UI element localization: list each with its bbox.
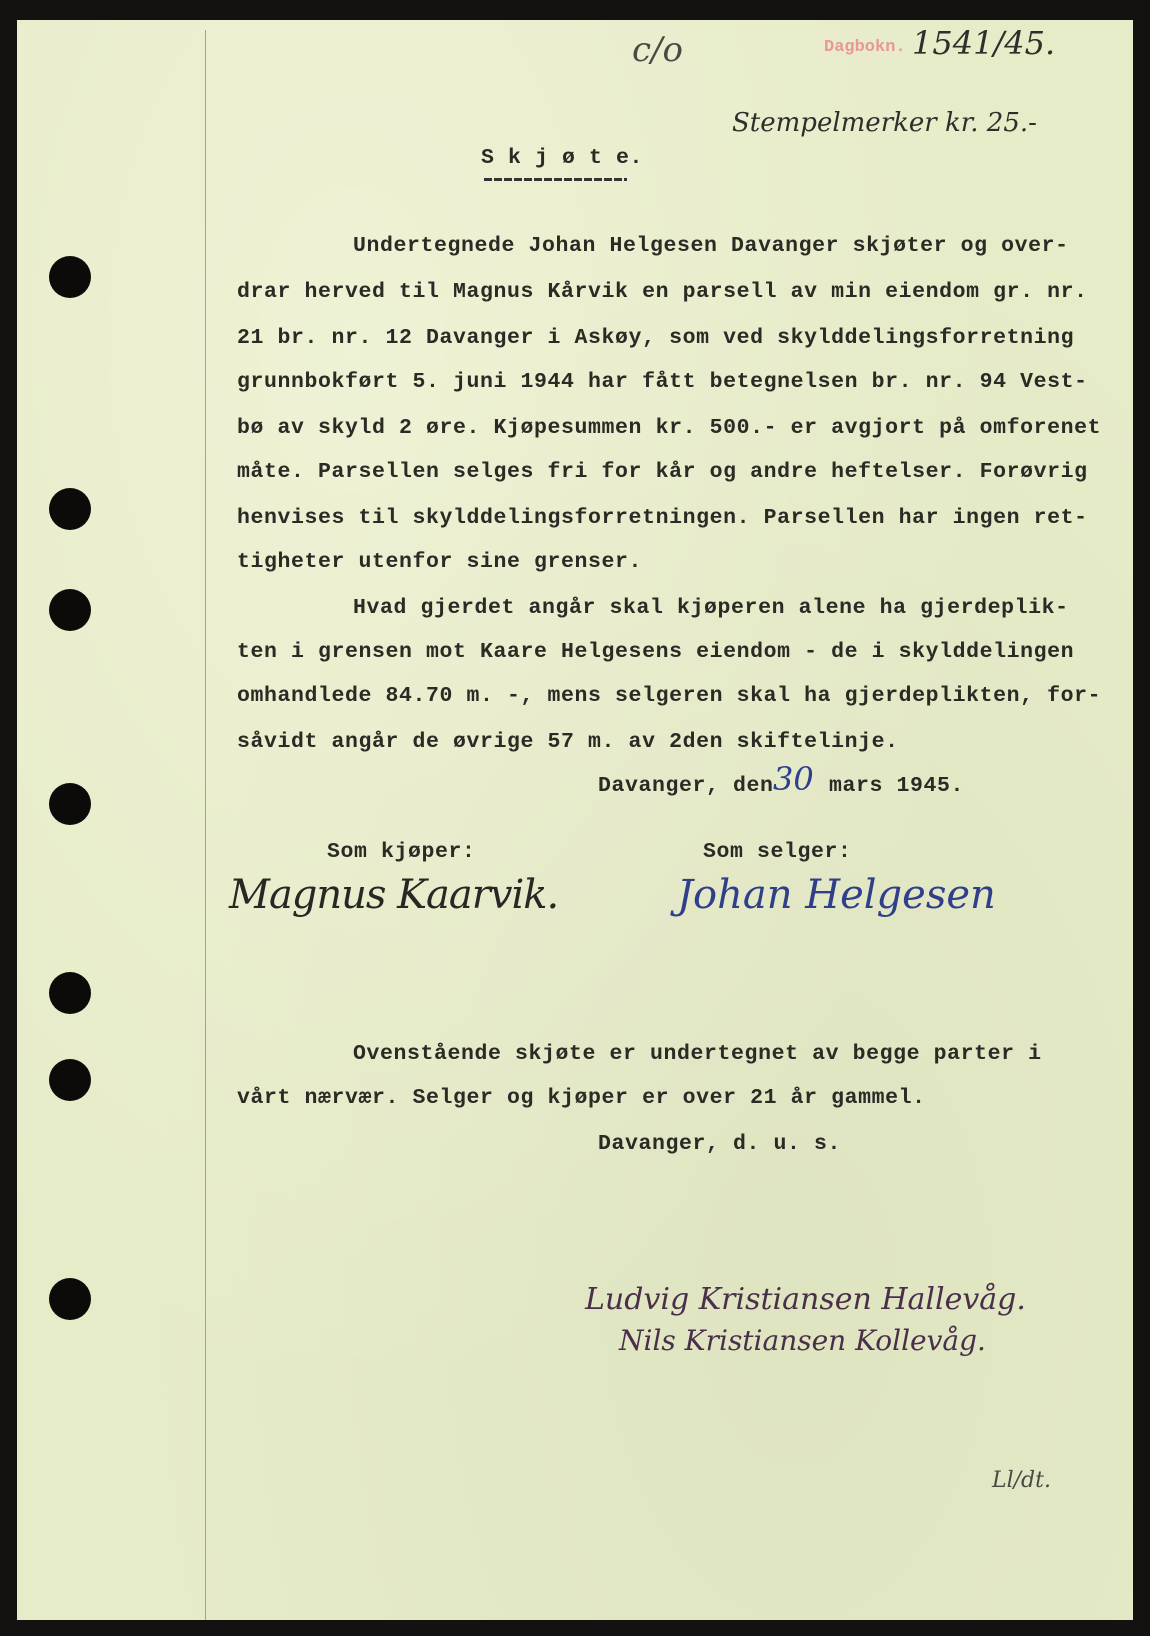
document-title: S k j ø t e. — [481, 146, 643, 170]
witness-date: Davanger, d. u. s. — [598, 1132, 841, 1156]
diary-stamp: Dagbokn. — [824, 38, 906, 57]
body-line: ten i grensen mot Kaare Helgesens eiendo… — [237, 640, 1074, 664]
margin-line — [205, 30, 206, 1620]
body-line: henvises til skylddelingsforretningen. P… — [237, 506, 1088, 530]
punch-hole-icon — [49, 783, 91, 825]
date-suffix: mars 1945. — [829, 774, 964, 798]
punch-hole-icon — [49, 1278, 91, 1320]
body-line: Hvad gjerdet angår skal kjøperen alene h… — [353, 596, 1069, 620]
seller-signature: Johan Helgesen — [677, 872, 996, 918]
corner-initials: c/o — [632, 30, 683, 70]
date-day: 30 — [773, 760, 814, 798]
witness-signature: Ludvig Kristiansen Hallevåg. — [585, 1282, 1026, 1317]
punch-hole-icon — [49, 589, 91, 631]
seller-label: Som selger: — [703, 840, 852, 864]
punch-hole-icon — [49, 972, 91, 1014]
witness-signature: Nils Kristiansen Kollevåg. — [619, 1324, 986, 1357]
clerk-initials: Ll/dt. — [992, 1468, 1051, 1493]
register-number: 1541/45. — [912, 24, 1055, 62]
body-line: bø av skyld 2 øre. Kjøpesummen kr. 500.-… — [237, 416, 1101, 440]
body-line: drar herved til Magnus Kårvik en parsell… — [237, 280, 1088, 304]
buyer-signature: Magnus Kaarvik. — [229, 872, 558, 918]
punch-hole-icon — [49, 256, 91, 298]
body-line: 21 br. nr. 12 Davanger i Askøy, som ved … — [237, 326, 1074, 350]
punch-hole-icon — [49, 1059, 91, 1101]
stamp-duty-note: Stempelmerker kr. 25.- — [732, 108, 1037, 138]
witness-line: vårt nærvær. Selger og kjøper er over 21… — [237, 1086, 926, 1110]
punch-hole-icon — [49, 488, 91, 530]
body-line: Undertegnede Johan Helgesen Davanger skj… — [353, 234, 1069, 258]
date-prefix: Davanger, den — [598, 774, 774, 798]
document-page: c/o Dagbokn. 1541/45. Stempelmerker kr. … — [17, 20, 1133, 1620]
body-line: omhandlede 84.70 m. -, mens selgeren ska… — [237, 684, 1101, 708]
body-line: tigheter utenfor sine grenser. — [237, 550, 642, 574]
title-underline — [484, 178, 627, 181]
buyer-label: Som kjøper: — [327, 840, 476, 864]
body-line: måte. Parsellen selges fri for kår og an… — [237, 460, 1088, 484]
body-line: såvidt angår de øvrige 57 m. av 2den ski… — [237, 730, 899, 754]
witness-line: Ovenstående skjøte er undertegnet av beg… — [353, 1042, 1042, 1066]
body-line: grunnbokført 5. juni 1944 har fått beteg… — [237, 370, 1088, 394]
